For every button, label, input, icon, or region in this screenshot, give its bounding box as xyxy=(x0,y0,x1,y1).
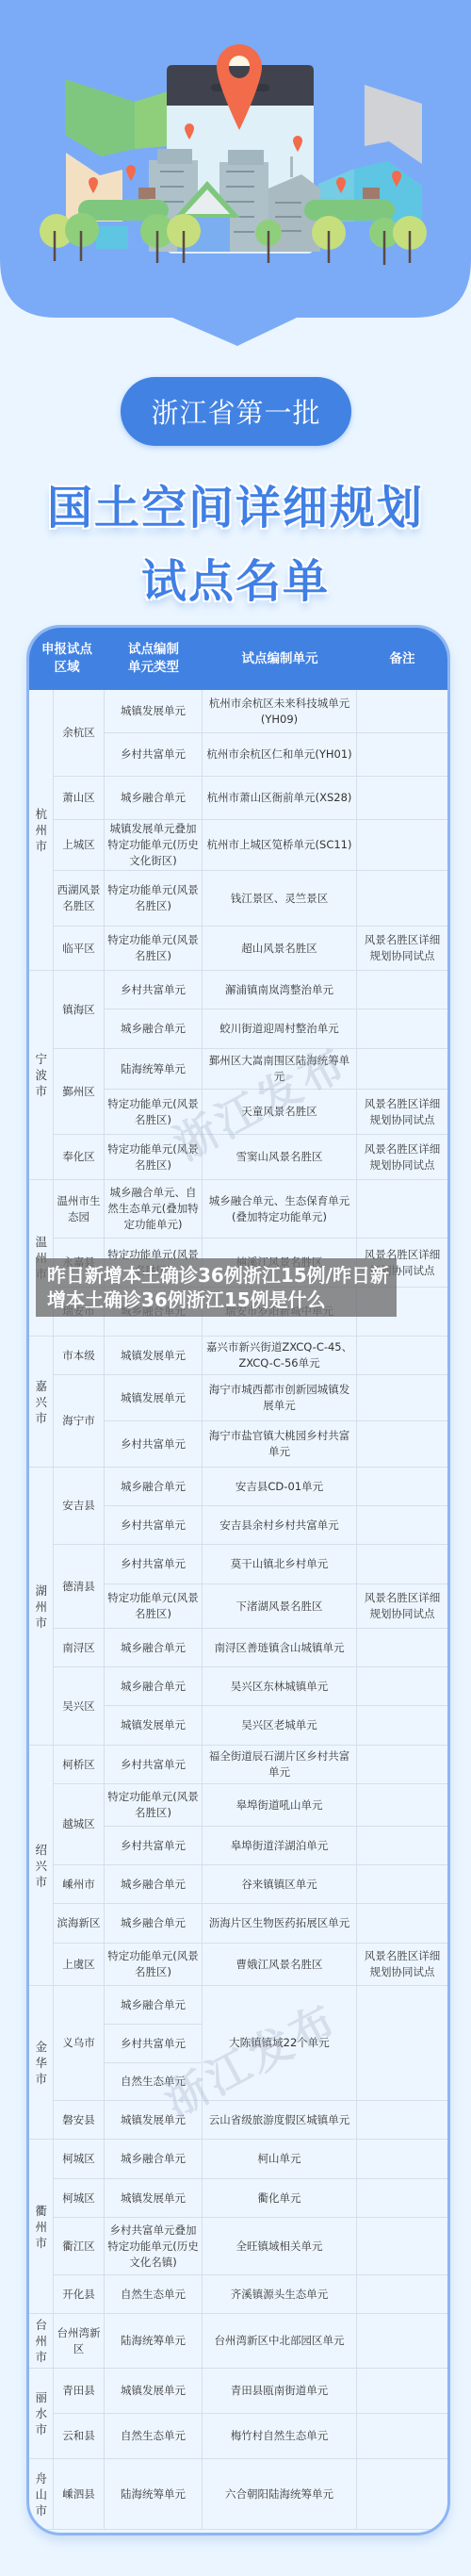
note-cell xyxy=(357,1468,447,1506)
unit-type-cell: 乡村共富单元 xyxy=(105,1506,203,1545)
unit-type-cell-text: 城镇发展单元 xyxy=(121,2190,186,2207)
unit-cell-text: 天童风景名胜区 xyxy=(241,1104,317,1120)
unit-type-cell: 特定功能单元(风景名胜区) xyxy=(105,1944,203,1986)
city-cell: 嘉兴市 xyxy=(29,1337,54,1468)
unit-cell-text: 杭州市萧山区衙前单元(XS28) xyxy=(207,790,352,806)
city-cell-text: 台州市 xyxy=(36,2317,47,2365)
unit-cell-text: 海宁市城西都市创新园城镇发展单元 xyxy=(206,1382,353,1414)
pilot-list-table: 申报试点区域 试点编制单元类型 试点编制单元 备注 杭州市余杭区萧山区上城区西湖… xyxy=(26,625,450,2535)
hero-illustration xyxy=(0,0,471,320)
district-cell-text: 青田县 xyxy=(62,2383,95,2399)
unit-cell: 钱江景区、灵竺景区 xyxy=(203,871,357,927)
unit-type-cell: 城镇发展单元 xyxy=(105,1706,203,1746)
header-unit-type: 试点编制单元类型 xyxy=(105,628,203,690)
unit-cell: 南浔区善琏镇含山城镇单元 xyxy=(203,1629,357,1667)
page-title-line1: 国土空间详细规划 xyxy=(0,471,471,536)
unit-cell: 吴兴区东林城镇单元 xyxy=(203,1667,357,1706)
unit-cell: 皋埠街道洋湖泊单元 xyxy=(203,1827,357,1865)
note-cell: 风景名胜区详细规划协同试点 xyxy=(357,1090,447,1135)
unit-type-cell-text: 乡村共富单元 xyxy=(121,1518,186,1534)
note-cell xyxy=(357,1746,447,1784)
unit-cell: 城乡融合单元、生态保育单元(叠加特定功能单元) xyxy=(203,1180,357,1239)
unit-type-cell: 特定功能单元(风景名胜区) xyxy=(105,871,203,927)
note-cell xyxy=(357,1506,447,1545)
unit-type-cell-text: 城镇发展单元 xyxy=(121,703,186,719)
unit-cell: 柯山单元 xyxy=(203,2140,357,2179)
district-cell: 上城区 xyxy=(54,820,105,871)
unit-type-cell-text: 乡村共富单元 xyxy=(121,1757,186,1773)
unit-type-cell: 城乡融合单元 xyxy=(105,1629,203,1667)
district-cell: 衢江区 xyxy=(54,2218,105,2275)
unit-cell: 谷来镇镇区单元 xyxy=(203,1865,357,1904)
headline-overlay[interactable]: 昨日新增本土确诊36例浙江15例/昨日新增本土确诊36例浙江15例是什么 xyxy=(36,1258,397,1317)
unit-type-cell-text: 特定功能单元(风景名胜区) xyxy=(107,932,200,964)
unit-cell-text: 澥浦镇南岚湾整治单元 xyxy=(225,982,333,998)
district-cell: 义乌市 xyxy=(54,1986,105,2101)
district-cell-text: 开化县 xyxy=(62,2287,95,2303)
unit-type-cell-text: 自然生态单元 xyxy=(121,2287,186,2303)
unit-type-cell: 城镇发展单元 xyxy=(105,1375,203,1421)
district-cell-text: 越城区 xyxy=(62,1816,95,1832)
unit-cell: 皋埠街道吼山单元 xyxy=(203,1784,357,1827)
unit-type-cell-text: 城镇发展单元 xyxy=(121,2383,186,2399)
unit-cell-text: 杭州市上城区笕桥单元(SC11) xyxy=(207,837,352,853)
district-cell: 奉化区 xyxy=(54,1135,105,1180)
note-cell xyxy=(357,1904,447,1944)
unit-type-cell: 乡村共富单元 xyxy=(105,971,203,1009)
unit-cell: 嘉兴市新兴街道ZXCQ-C-45、ZXCQ-C-56单元 xyxy=(203,1337,357,1375)
district-cell-text: 云和县 xyxy=(62,2428,95,2444)
district-cell: 柯桥区 xyxy=(54,1746,105,1784)
header-unit: 试点编制单元 xyxy=(203,628,357,690)
unit-cell: 沥海片区生物医药拓展区单元 xyxy=(203,1904,357,1944)
district-cell: 西湖风景名胜区 xyxy=(54,871,105,927)
unit-cell-text: 福全街道辰石湖片区乡村共富单元 xyxy=(206,1748,353,1780)
unit-type-cell: 乡村共富单元 xyxy=(105,2025,203,2063)
district-cell: 青田县 xyxy=(54,2369,105,2414)
district-cell: 滨海新区 xyxy=(54,1904,105,1944)
note-cell xyxy=(357,871,447,927)
unit-type-cell-text: 乡村共富单元 xyxy=(121,747,186,763)
unit-cell: 雪窦山风景名胜区 xyxy=(203,1135,357,1180)
note-cell xyxy=(357,2218,447,2275)
note-cell xyxy=(357,2414,447,2459)
unit-cell-text: 蛟川街道迎周村整治单元 xyxy=(219,1021,339,1037)
unit-type-cell-text: 城乡融合单元 xyxy=(121,2151,186,2167)
unit-cell-text: 青田县瓯南街道单元 xyxy=(231,2383,329,2399)
unit-type-cell-text: 陆海统筹单元 xyxy=(121,1061,186,1077)
note-cell xyxy=(357,1706,447,1746)
district-cell-text: 余杭区 xyxy=(62,725,95,741)
unit-type-cell: 城镇发展单元 xyxy=(105,2179,203,2218)
note-cell xyxy=(357,777,447,820)
city-cell: 衢州市 xyxy=(29,2140,54,2314)
unit-cell: 安吉县CD-01单元 xyxy=(203,1468,357,1506)
district-cell: 柯城区 xyxy=(54,2179,105,2218)
note-cell xyxy=(357,690,447,733)
unit-type-cell: 城镇发展单元叠加特定功能单元(历史文化街区) xyxy=(105,820,203,871)
unit-type-cell: 特定功能单元(风景名胜区) xyxy=(105,1090,203,1135)
district-cell: 镇海区 xyxy=(54,971,105,1049)
unit-type-cell: 乡村共富单元 xyxy=(105,1827,203,1865)
unit-cell-text: 下渚湖风景名胜区 xyxy=(236,1599,323,1615)
district-cell-text: 西湖风景名胜区 xyxy=(57,882,101,914)
unit-type-cell-text: 乡村共富单元 xyxy=(121,2036,186,2052)
note-cell xyxy=(357,2314,447,2369)
header-region: 申报试点区域 xyxy=(29,628,105,690)
unit-cell: 台州湾新区中北部园区单元 xyxy=(203,2314,357,2369)
unit-type-cell-text: 乡村共富单元 xyxy=(121,1838,186,1854)
city-cell-text: 绍兴市 xyxy=(36,1842,47,1890)
unit-type-cell: 城乡融合单元 xyxy=(105,1865,203,1904)
district-cell: 嵊泗县 xyxy=(54,2459,105,2530)
district-cell: 安吉县 xyxy=(54,1468,105,1545)
unit-type-cell: 城乡融合单元 xyxy=(105,1986,203,2025)
unit-type-cell-text: 城乡融合单元 xyxy=(121,1679,186,1695)
district-cell-text: 德清县 xyxy=(62,1579,95,1595)
unit-cell: 莫干山镇北乡村单元 xyxy=(203,1545,357,1584)
unit-type-cell: 特定功能单元(风景名胜区) xyxy=(105,927,203,971)
unit-cell: 衢化单元 xyxy=(203,2179,357,2218)
district-cell: 温州市生态园 xyxy=(54,1180,105,1239)
city-cell: 台州市 xyxy=(29,2314,54,2369)
page-title-line2: 试点名单 xyxy=(0,545,471,610)
note-cell xyxy=(357,2140,447,2179)
unit-type-cell-text: 城乡融合单元 xyxy=(121,1640,186,1656)
district-cell-text: 南浔区 xyxy=(62,1640,95,1656)
unit-type-cell-text: 城乡融合单元 xyxy=(121,1997,186,2013)
note-cell-text: 风景名胜区详细规划协同试点 xyxy=(362,1590,443,1622)
note-cell xyxy=(357,733,447,777)
district-cell: 磐安县 xyxy=(54,2101,105,2140)
city-map-illustration-icon xyxy=(0,0,471,349)
note-cell xyxy=(357,2101,447,2140)
note-cell-text: 风景名胜区详细规划协同试点 xyxy=(362,1948,443,1980)
unit-type-cell: 陆海统筹单元 xyxy=(105,2314,203,2369)
unit-type-cell: 城乡融合单元 xyxy=(105,1667,203,1706)
city-cell: 金华市 xyxy=(29,1986,54,2140)
unit-cell: 福全街道辰石湖片区乡村共富单元 xyxy=(203,1746,357,1784)
unit-cell-text: 鄞州区大嵩南围区陆海统筹单元 xyxy=(206,1053,353,1085)
note-cell xyxy=(357,2275,447,2314)
unit-type-cell: 特定功能单元(风景名胜区) xyxy=(105,1135,203,1180)
district-cell-text: 磐安县 xyxy=(62,2112,95,2128)
district-cell: 南浔区 xyxy=(54,1629,105,1667)
note-cell: 风景名胜区详细规划协同试点 xyxy=(357,1135,447,1180)
unit-type-cell: 自然生态单元 xyxy=(105,2063,203,2101)
unit-cell: 曹娥江风景名胜区 xyxy=(203,1944,357,1986)
unit-type-cell: 城镇发展单元 xyxy=(105,2101,203,2140)
unit-cell-text: 吴兴区老城单元 xyxy=(241,1717,317,1733)
unit-cell-text: 大陈镇镇域22个单元 xyxy=(229,2035,330,2051)
district-cell-text: 鄞州区 xyxy=(62,1084,95,1100)
unit-cell: 梅竹村自然生态单元 xyxy=(203,2414,357,2459)
district-cell: 台州湾新区 xyxy=(54,2314,105,2369)
district-cell: 德清县 xyxy=(54,1545,105,1629)
unit-type-cell-text: 自然生态单元 xyxy=(121,2428,186,2444)
unit-cell: 安吉县余村乡村共富单元 xyxy=(203,1506,357,1545)
unit-cell-text: 雪窦山风景名胜区 xyxy=(236,1149,323,1165)
district-cell: 临平区 xyxy=(54,927,105,971)
district-cell-text: 滨海新区 xyxy=(57,1915,101,1931)
unit-type-cell: 乡村共富单元 xyxy=(105,1746,203,1784)
note-cell: 风景名胜区详细规划协同试点 xyxy=(357,1584,447,1629)
note-cell-text: 风景名胜区详细规划协同试点 xyxy=(362,932,443,964)
unit-cell-text: 曹娥江风景名胜区 xyxy=(236,1957,323,1973)
unit-cell-text: 南浔区善琏镇含山城镇单元 xyxy=(215,1640,345,1656)
district-cell-text: 临平区 xyxy=(62,941,95,957)
city-cell-text: 衢州市 xyxy=(36,2203,47,2251)
unit-type-cell-text: 城乡融合单元 xyxy=(121,1877,186,1893)
unit-type-cell-text: 城乡融合单元 xyxy=(121,1915,186,1931)
unit-type-cell-text: 特定功能单元(风景名胜区) xyxy=(107,1789,200,1821)
unit-cell: 云山省级旅游度假区城镇单元 xyxy=(203,2101,357,2140)
district-cell: 海宁市 xyxy=(54,1375,105,1468)
unit-cell-text: 皋埠街道吼山单元 xyxy=(236,1797,323,1813)
note-cell xyxy=(357,971,447,1009)
note-cell xyxy=(357,1784,447,1827)
note-cell xyxy=(357,1827,447,1865)
unit-type-cell: 乡村共富单元 xyxy=(105,733,203,777)
unit-type-cell: 城乡融合单元 xyxy=(105,1904,203,1944)
district-cell: 嵊州市 xyxy=(54,1865,105,1904)
unit-cell: 六合朝阳陆海统筹单元 xyxy=(203,2459,357,2530)
note-cell xyxy=(357,2369,447,2414)
unit-cell: 杭州市萧山区衙前单元(XS28) xyxy=(203,777,357,820)
district-cell-text: 嵊州市 xyxy=(62,1877,95,1893)
unit-cell-text: 莫干山镇北乡村单元 xyxy=(231,1556,329,1572)
unit-type-cell-text: 特定功能单元(风景名胜区) xyxy=(107,1141,200,1173)
district-cell: 市本级 xyxy=(54,1337,105,1375)
note-cell xyxy=(357,2459,447,2530)
district-cell-text: 镇海区 xyxy=(62,1002,95,1018)
city-cell-text: 宁波市 xyxy=(36,1051,47,1099)
district-cell-text: 温州市生态园 xyxy=(57,1193,101,1225)
batch-badge: 浙江省第一批 xyxy=(121,377,351,446)
unit-cell-text: 谷来镇镇区单元 xyxy=(241,1877,317,1893)
unit-type-cell-text: 城乡融合单元 xyxy=(121,1479,186,1495)
district-cell: 鄞州区 xyxy=(54,1049,105,1135)
city-cell-text: 杭州市 xyxy=(36,806,47,854)
unit-type-cell: 城乡融合单元 xyxy=(105,777,203,820)
note-cell xyxy=(357,1009,447,1049)
note-cell xyxy=(357,820,447,871)
unit-type-cell: 乡村共富单元 xyxy=(105,1421,203,1468)
note-cell xyxy=(357,1049,447,1090)
unit-type-cell-text: 特定功能单元(风景名胜区) xyxy=(107,882,200,914)
unit-cell-text: 柯山单元 xyxy=(258,2151,301,2167)
unit-type-cell: 城乡融合单元 xyxy=(105,1468,203,1506)
note-cell xyxy=(357,2179,447,2218)
city-cell: 绍兴市 xyxy=(29,1746,54,1986)
note-cell xyxy=(357,1629,447,1667)
city-cell: 丽水市 xyxy=(29,2369,54,2459)
unit-cell-text: 六合朝阳陆海统筹单元 xyxy=(225,2486,333,2502)
unit-cell-text: 齐溪镇源头生态单元 xyxy=(231,2287,329,2303)
unit-type-cell: 特定功能单元(风景名胜区) xyxy=(105,1784,203,1827)
unit-cell: 全旺镇域相关单元 xyxy=(203,2218,357,2275)
unit-type-cell-text: 乡村共富单元 xyxy=(121,1556,186,1572)
note-cell xyxy=(357,1337,447,1375)
unit-type-cell: 城镇发展单元 xyxy=(105,690,203,733)
unit-cell: 下渚湖风景名胜区 xyxy=(203,1584,357,1629)
unit-type-cell-text: 乡村共富单元 xyxy=(121,1436,186,1452)
district-cell-text: 吴兴区 xyxy=(62,1698,95,1715)
district-cell: 吴兴区 xyxy=(54,1667,105,1746)
district-cell: 余杭区 xyxy=(54,690,105,777)
unit-type-cell-text: 乡村共富单元 xyxy=(121,982,186,998)
city-cell: 湖州市 xyxy=(29,1468,54,1746)
header-note: 备注 xyxy=(357,628,447,690)
note-cell xyxy=(357,1865,447,1904)
city-cell: 宁波市 xyxy=(29,971,54,1180)
city-cell-text: 湖州市 xyxy=(36,1583,47,1631)
unit-type-cell-text: 城乡融合单元 xyxy=(121,790,186,806)
unit-cell-text: 杭州市余杭区仁和单元(YH01) xyxy=(206,747,351,763)
district-cell-text: 萧山区 xyxy=(62,790,95,806)
unit-cell: 超山风景名胜区 xyxy=(203,927,357,971)
unit-type-cell-text: 城镇发展单元 xyxy=(121,2112,186,2128)
note-cell xyxy=(357,1667,447,1706)
unit-type-cell-text: 城镇发展单元 xyxy=(121,1390,186,1406)
district-cell: 开化县 xyxy=(54,2275,105,2314)
unit-cell-text: 云山省级旅游度假区城镇单元 xyxy=(209,2112,350,2128)
unit-type-cell: 特定功能单元(风景名胜区) xyxy=(105,1584,203,1629)
unit-cell-text: 衢化单元 xyxy=(258,2190,301,2207)
unit-cell-text: 安吉县CD-01单元 xyxy=(235,1479,323,1495)
district-cell-text: 柯城区 xyxy=(62,2151,95,2167)
unit-cell-text: 超山风景名胜区 xyxy=(241,941,317,957)
note-cell xyxy=(357,1545,447,1584)
unit-type-cell: 城乡融合单元 xyxy=(105,2140,203,2179)
unit-type-cell-text: 陆海统筹单元 xyxy=(121,2333,186,2349)
unit-cell: 杭州市余杭区未来科技城单元(YH09) xyxy=(203,690,357,733)
city-cell: 舟山市 xyxy=(29,2459,54,2530)
district-cell-text: 柯城区 xyxy=(62,2190,95,2207)
unit-type-cell: 城乡融合单元、自然生态单元(叠加特定功能单元) xyxy=(105,1180,203,1239)
batch-badge-label: 浙江省第一批 xyxy=(151,392,320,431)
district-cell-text: 义乌市 xyxy=(62,2035,95,2051)
district-cell: 柯城区 xyxy=(54,2140,105,2179)
unit-cell: 大陈镇镇域22个单元 xyxy=(203,1986,357,2101)
district-cell-text: 嵊泗县 xyxy=(62,2486,95,2502)
unit-cell-text: 海宁市盐官镇大桃园乡村共富单元 xyxy=(206,1428,353,1460)
district-cell-text: 安吉县 xyxy=(62,1498,95,1514)
unit-type-cell: 陆海统筹单元 xyxy=(105,2459,203,2530)
unit-cell: 鄞州区大嵩南围区陆海统筹单元 xyxy=(203,1049,357,1090)
city-cell-text: 丽水市 xyxy=(36,2389,47,2437)
unit-cell: 青田县瓯南街道单元 xyxy=(203,2369,357,2414)
unit-cell-text: 沥海片区生物医药拓展区单元 xyxy=(209,1915,350,1931)
note-cell xyxy=(357,1375,447,1421)
unit-cell-text: 杭州市余杭区未来科技城单元(YH09) xyxy=(206,696,353,728)
unit-type-cell-text: 城乡融合单元、自然生态单元(叠加特定功能单元) xyxy=(107,1185,200,1233)
unit-type-cell-text: 城镇发展单元叠加特定功能单元(历史文化街区) xyxy=(107,821,200,869)
unit-cell: 蛟川街道迎周村整治单元 xyxy=(203,1009,357,1049)
note-cell xyxy=(357,1180,447,1239)
unit-cell-text: 梅竹村自然生态单元 xyxy=(231,2428,329,2444)
unit-cell-text: 嘉兴市新兴街道ZXCQ-C-45、ZXCQ-C-56单元 xyxy=(206,1339,353,1371)
district-cell: 云和县 xyxy=(54,2414,105,2459)
city-cell-text: 舟山市 xyxy=(36,2470,47,2519)
unit-cell-text: 安吉县余村乡村共富单元 xyxy=(219,1518,339,1534)
unit-cell: 杭州市余杭区仁和单元(YH01) xyxy=(203,733,357,777)
unit-cell-text: 吴兴区东林城镇单元 xyxy=(231,1679,329,1695)
note-cell xyxy=(357,1986,447,2101)
unit-type-cell: 乡村共富单元 xyxy=(105,1545,203,1584)
unit-type-cell: 乡村共富单元叠加特定功能单元(历史文化名镇) xyxy=(105,2218,203,2275)
district-cell-text: 柯桥区 xyxy=(62,1757,95,1773)
note-cell-text: 风景名胜区详细规划协同试点 xyxy=(362,1141,443,1173)
unit-cell: 齐溪镇源头生态单元 xyxy=(203,2275,357,2314)
district-cell-text: 奉化区 xyxy=(62,1149,95,1165)
table-header: 申报试点区域 试点编制单元类型 试点编制单元 备注 xyxy=(29,628,447,690)
unit-type-cell-text: 城乡融合单元 xyxy=(121,1021,186,1037)
unit-type-cell: 城镇发展单元 xyxy=(105,2369,203,2414)
district-cell-text: 衢江区 xyxy=(62,2239,95,2255)
city-cell-text: 金华市 xyxy=(36,2039,47,2087)
unit-type-cell-text: 特定功能单元(风景名胜区) xyxy=(107,1590,200,1622)
unit-type-cell: 自然生态单元 xyxy=(105,2414,203,2459)
district-cell: 越城区 xyxy=(54,1784,105,1865)
unit-cell: 吴兴区老城单元 xyxy=(203,1706,357,1746)
unit-cell-text: 城乡融合单元、生态保育单元(叠加特定功能单元) xyxy=(206,1193,353,1225)
unit-cell: 海宁市盐官镇大桃园乡村共富单元 xyxy=(203,1421,357,1468)
district-cell-text: 海宁市 xyxy=(62,1413,95,1429)
district-cell: 上虞区 xyxy=(54,1944,105,1986)
unit-cell-text: 台州湾新区中北部园区单元 xyxy=(215,2333,345,2349)
unit-type-cell-text: 城镇发展单元 xyxy=(121,1348,186,1364)
district-cell-text: 市本级 xyxy=(62,1348,95,1364)
note-cell: 风景名胜区详细规划协同试点 xyxy=(357,927,447,971)
unit-cell: 天童风景名胜区 xyxy=(203,1090,357,1135)
unit-cell-text: 皋埠街道洋湖泊单元 xyxy=(231,1838,329,1854)
unit-cell: 杭州市上城区笕桥单元(SC11) xyxy=(203,820,357,871)
city-cell-text: 嘉兴市 xyxy=(36,1378,47,1426)
district-cell-text: 台州湾新区 xyxy=(57,2325,101,2357)
district-cell-text: 上城区 xyxy=(62,837,95,853)
unit-type-cell-text: 陆海统筹单元 xyxy=(121,2486,186,2502)
unit-cell-text: 钱江景区、灵竺景区 xyxy=(231,891,329,907)
unit-cell: 海宁市城西都市创新园城镇发展单元 xyxy=(203,1375,357,1421)
city-cell: 杭州市 xyxy=(29,690,54,971)
unit-type-cell: 城乡融合单元 xyxy=(105,1009,203,1049)
unit-type-cell-text: 城镇发展单元 xyxy=(121,1717,186,1733)
unit-cell: 澥浦镇南岚湾整治单元 xyxy=(203,971,357,1009)
district-cell: 萧山区 xyxy=(54,777,105,820)
unit-type-cell: 自然生态单元 xyxy=(105,2275,203,2314)
unit-type-cell: 城镇发展单元 xyxy=(105,1337,203,1375)
unit-type-cell-text: 自然生态单元 xyxy=(121,2074,186,2090)
unit-type-cell-text: 特定功能单元(风景名胜区) xyxy=(107,1948,200,1980)
note-cell xyxy=(357,1421,447,1468)
unit-type-cell: 陆海统筹单元 xyxy=(105,1049,203,1090)
unit-cell-text: 全旺镇域相关单元 xyxy=(236,2239,323,2255)
unit-type-cell-text: 特定功能单元(风景名胜区) xyxy=(107,1096,200,1128)
note-cell: 风景名胜区详细规划协同试点 xyxy=(357,1944,447,1986)
unit-type-cell-text: 乡村共富单元叠加特定功能单元(历史文化名镇) xyxy=(107,2223,200,2271)
district-cell-text: 上虞区 xyxy=(62,1957,95,1973)
note-cell-text: 风景名胜区详细规划协同试点 xyxy=(362,1096,443,1128)
